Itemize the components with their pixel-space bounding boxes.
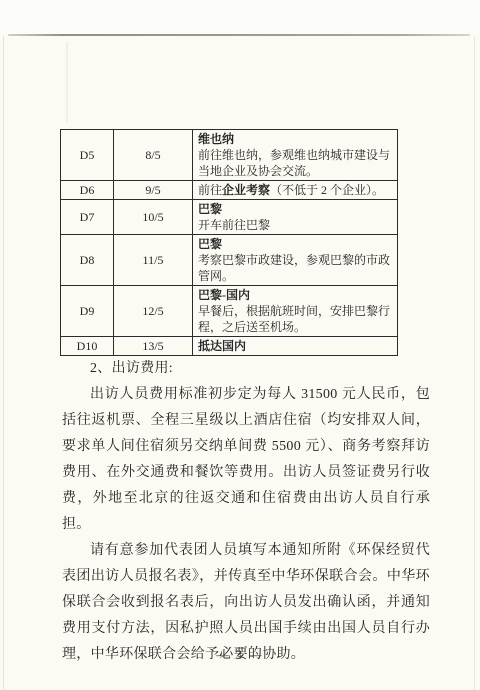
day-cell: D5 [61, 130, 114, 181]
document-body: 2、出访费用: 出访人员费用标准初步定为每人 31500 元人民币，包括往返机票… [62, 356, 430, 668]
activity-cell: 巴黎 开车前往巴黎 [193, 200, 398, 235]
activity-cell: 巴黎 考察巴黎市政建设，参观巴黎的市政管网。 [193, 235, 398, 286]
activity-cell: 维也纳 前往维也纳，参观维也纳城市建设与当地企业及协会交流。 [193, 130, 398, 181]
activity-desc-text: 考察巴黎市政建设，参观巴黎的市政管网。 [198, 253, 390, 283]
date-label: 9/5 [145, 183, 160, 197]
activity-description: 前往企业考察（不低于 2 个企业）。 [198, 182, 392, 198]
day-label: D6 [80, 183, 95, 197]
day-cell: D6 [61, 181, 114, 200]
itinerary-row: D5 8/5 维也纳 前往维也纳，参观维也纳城市建设与当地企业及协会交流。 [61, 130, 398, 181]
day-cell: D8 [61, 235, 114, 286]
scan-shadow-line [8, 34, 470, 36]
activity-city-title: 抵达国内 [198, 338, 392, 354]
date-label: 8/5 [145, 148, 160, 162]
itinerary-row: D7 10/5 巴黎 开车前往巴黎 [61, 200, 398, 235]
activity-desc-bold: 企业考察 [222, 183, 270, 197]
day-label: D10 [77, 339, 98, 353]
activity-description: 开车前往巴黎 [198, 217, 392, 233]
date-cell: 8/5 [114, 130, 193, 181]
scanned-document-page: { "colors": { "paper": "#fbfaf3", "ink":… [0, 0, 480, 690]
itinerary-table: D5 8/5 维也纳 前往维也纳，参观维也纳城市建设与当地企业及协会交流。 D6… [60, 129, 398, 356]
day-cell: D10 [61, 337, 114, 356]
activity-desc-text: 早餐后，根据航班时间，安排巴黎行程，之后送至机场。 [198, 304, 390, 334]
scan-left-edge [3, 36, 4, 690]
day-label: D8 [80, 253, 95, 267]
activity-desc-text: 前往维也纳，参观维也纳城市建设与当地企业及协会交流。 [198, 148, 390, 178]
date-cell: 10/5 [114, 200, 193, 235]
scan-right-edge [474, 36, 475, 690]
activity-desc-text: 开车前往巴黎 [198, 218, 270, 232]
day-cell: D9 [61, 286, 114, 337]
page-number: — 3 — [0, 648, 480, 663]
date-cell: 9/5 [114, 181, 193, 200]
activity-cell: 抵达国内 [193, 337, 398, 356]
section-heading: 2、出访费用: [62, 356, 430, 382]
date-cell: 11/5 [114, 235, 193, 286]
date-label: 13/5 [142, 339, 163, 353]
date-cell: 12/5 [114, 286, 193, 337]
activity-city-title: 巴黎 [198, 201, 392, 217]
itinerary-row: D6 9/5 前往企业考察（不低于 2 个企业）。 [61, 181, 398, 200]
activity-description: 早餐后，根据航班时间，安排巴黎行程，之后送至机场。 [198, 303, 392, 335]
date-label: 12/5 [142, 304, 163, 318]
activity-city-title: 巴黎-国内 [198, 287, 392, 303]
activity-city-title: 巴黎 [198, 236, 392, 252]
day-label: D5 [80, 148, 95, 162]
itinerary-table-body: D5 8/5 维也纳 前往维也纳，参观维也纳城市建设与当地企业及协会交流。 D6… [61, 130, 398, 356]
paragraph-costs: 出访人员费用标准初步定为每人 31500 元人民币，包括往返机票、全程三星级以上… [62, 382, 430, 538]
activity-description: 考察巴黎市政建设，参观巴黎的市政管网。 [198, 252, 392, 284]
itinerary-row: D10 13/5 抵达国内 [61, 337, 398, 356]
itinerary-row: D8 11/5 巴黎 考察巴黎市政建设，参观巴黎的市政管网。 [61, 235, 398, 286]
activity-desc-tail: （不低于 2 个企业）。 [270, 183, 384, 197]
day-cell: D7 [61, 200, 114, 235]
activity-cell: 巴黎-国内 早餐后，根据航班时间，安排巴黎行程，之后送至机场。 [193, 286, 398, 337]
activity-desc-text: 前往 [198, 183, 222, 197]
activity-description: 前往维也纳，参观维也纳城市建设与当地企业及协会交流。 [198, 147, 392, 179]
scan-top-margin [0, 0, 480, 34]
date-cell: 13/5 [114, 337, 193, 356]
activity-city-title: 维也纳 [198, 131, 392, 147]
day-label: D9 [80, 304, 95, 318]
itinerary-row: D9 12/5 巴黎-国内 早餐后，根据航班时间，安排巴黎行程，之后送至机场。 [61, 286, 398, 337]
date-label: 10/5 [142, 210, 163, 224]
scan-streak [66, 42, 68, 122]
itinerary-table-wrap: D5 8/5 维也纳 前往维也纳，参观维也纳城市建设与当地企业及协会交流。 D6… [60, 129, 398, 356]
activity-cell: 前往企业考察（不低于 2 个企业）。 [193, 181, 398, 200]
day-label: D7 [80, 210, 95, 224]
date-label: 11/5 [143, 253, 164, 267]
